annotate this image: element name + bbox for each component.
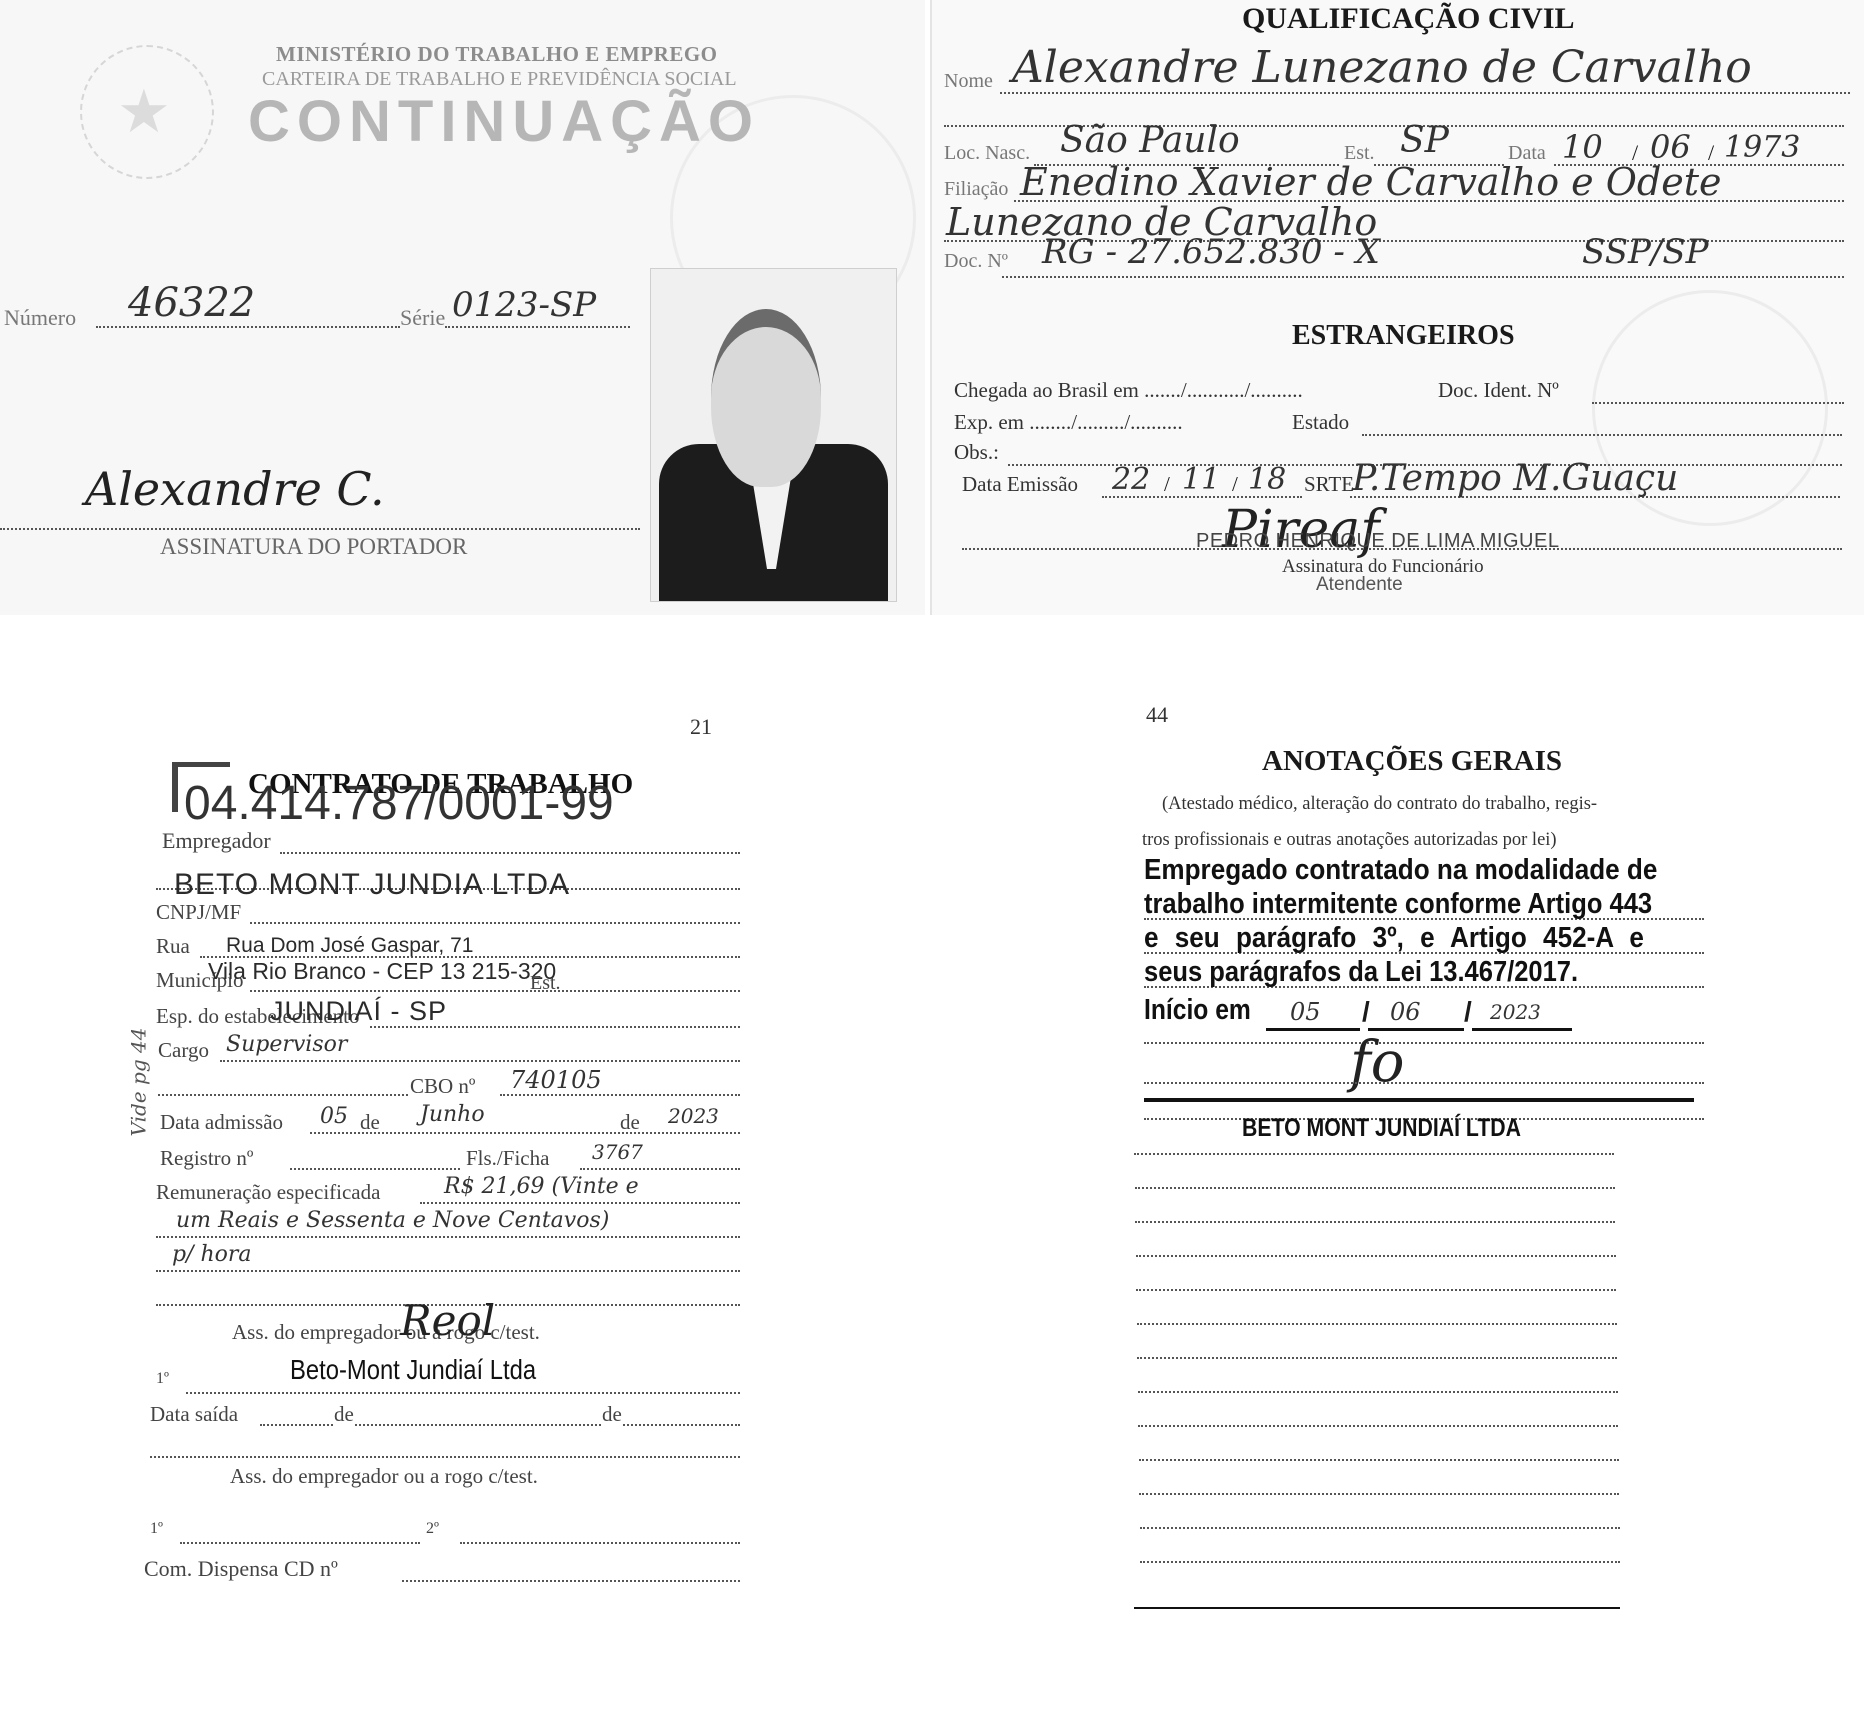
continuation-stamp: CONTINUAÇÃO bbox=[248, 88, 760, 155]
company-signature: fo bbox=[1350, 1030, 1404, 1095]
doc-value: RG - 27.652.830 - X bbox=[1042, 232, 1380, 272]
company-stamp: BETO MONT JUNDIAÍ LTDA bbox=[1242, 1114, 1521, 1143]
dispensa-line bbox=[402, 1580, 740, 1582]
page-number: 21 bbox=[690, 714, 712, 740]
srte-value: P.Tempo M.Guaçu bbox=[1352, 458, 1678, 499]
annotation-line bbox=[1138, 1425, 1618, 1427]
admissao-year: 2023 bbox=[668, 1104, 719, 1128]
birth-year: 1973 bbox=[1724, 130, 1800, 165]
first-witness-line bbox=[186, 1392, 740, 1394]
date-separator: / bbox=[1164, 472, 1170, 497]
inicio-day: 05 bbox=[1290, 998, 1321, 1026]
annotation-line bbox=[1144, 1042, 1704, 1044]
srte-label: SRTE bbox=[1304, 472, 1354, 497]
emissao-day: 22 bbox=[1112, 462, 1150, 497]
saida-line-2 bbox=[150, 1456, 740, 1458]
annotation-line bbox=[1139, 1493, 1619, 1495]
date-separator: / bbox=[1362, 996, 1370, 1028]
saida-de-2: de bbox=[602, 1402, 622, 1427]
emissao-label: Data Emissão bbox=[962, 472, 1078, 497]
ass-label-2: Ass. do empregador ou a rogo c/test. bbox=[230, 1464, 538, 1489]
date-separator: / bbox=[1232, 472, 1238, 497]
holder-signature: Alexandre C. bbox=[85, 462, 385, 516]
numero-label: Número bbox=[4, 305, 76, 331]
empregador-value: BETO MONT JUNDIA LTDA bbox=[174, 868, 570, 902]
note-line-4: seus parágrafos da Lei 13.467/2017. bbox=[1144, 956, 1578, 989]
signature-caption: ASSINATURA DO PORTADOR bbox=[160, 534, 467, 560]
stamp-bracket bbox=[172, 762, 178, 812]
numero-value: 46322 bbox=[128, 280, 255, 326]
annotation-line bbox=[1136, 1289, 1616, 1291]
emissao-year: 18 bbox=[1248, 462, 1286, 497]
ministry-title: MINISTÉRIO DO TRABALHO E EMPREGO bbox=[276, 42, 718, 67]
loc-nasc-label: Loc. Nasc. bbox=[944, 142, 1030, 165]
estado-label: Estado bbox=[1292, 410, 1349, 435]
saida-de-1: de bbox=[334, 1402, 354, 1427]
ctps-cover-continuation-page: ★ MINISTÉRIO DO TRABALHO E EMPREGO CARTE… bbox=[0, 0, 925, 615]
annotation-line bbox=[1135, 1221, 1615, 1223]
doc-line bbox=[1002, 276, 1844, 278]
cargo-line bbox=[220, 1060, 740, 1062]
remuneracao-line-3 bbox=[156, 1270, 740, 1272]
first-witness-label: 1º bbox=[156, 1370, 169, 1388]
filiacao-line-1-value: Enedino Xavier de Carvalho e Odete bbox=[1020, 160, 1721, 204]
photo-head bbox=[711, 309, 821, 487]
date-separator: / bbox=[1464, 996, 1472, 1028]
national-coat-of-arms-icon: ★ bbox=[80, 45, 214, 179]
exp-label: Exp. em ......../........./.......... bbox=[954, 410, 1183, 435]
municipio-line bbox=[250, 990, 740, 992]
municipio-value: Vila Rio Branco - CEP 13 215-320 bbox=[208, 958, 556, 985]
rua-value: Rua Dom José Gaspar, 71 bbox=[226, 934, 473, 958]
numero-line bbox=[96, 326, 400, 328]
registro-line bbox=[290, 1168, 460, 1170]
cnpj-stamp: 04.414.787/0001-99 bbox=[184, 776, 614, 831]
cbo-pre-line bbox=[158, 1094, 408, 1096]
esp-value: JUNDIAÍ - SP bbox=[270, 996, 447, 1027]
subtitle-line-2: tros profissionais e outras anotações au… bbox=[1142, 830, 1557, 851]
nome-label: Nome bbox=[944, 70, 993, 93]
annotation-line bbox=[1135, 1187, 1615, 1189]
first-witness-line-2 bbox=[180, 1542, 420, 1544]
remuneracao-label: Remuneração especificada bbox=[156, 1180, 380, 1205]
employer-stamp: Beto-Mont Jundiaí Ltda bbox=[290, 1354, 536, 1386]
registro-label: Registro nº bbox=[160, 1146, 253, 1171]
cbo-label: CBO nº bbox=[410, 1074, 475, 1099]
remuneracao-line-3-value: p/ hora bbox=[172, 1242, 252, 1267]
page-number: 44 bbox=[1146, 702, 1168, 728]
serie-value: 0123-SP bbox=[452, 285, 596, 325]
inicio-year: 2023 bbox=[1490, 1000, 1541, 1024]
annotation-line bbox=[1134, 1153, 1614, 1155]
doc-label: Doc. Nº bbox=[944, 250, 1008, 273]
ficha-label: Fls./Ficha bbox=[466, 1146, 549, 1171]
cbo-line bbox=[500, 1094, 740, 1096]
empregador-label: Empregador bbox=[162, 828, 271, 854]
admissao-day: 05 bbox=[320, 1104, 348, 1129]
obs-label: Obs.: bbox=[954, 440, 999, 465]
remuneracao-line-2 bbox=[156, 1236, 740, 1238]
qualificacao-civil-page: QUALIFICAÇÃO CIVIL Nome Alexandre Luneza… bbox=[930, 0, 1864, 615]
remuneracao-line-1 bbox=[420, 1202, 740, 1204]
note-line-1: Empregado contratado na modalidade de bbox=[1144, 854, 1657, 887]
cnpj-label: CNPJ/MF bbox=[156, 900, 241, 925]
cargo-value: Supervisor bbox=[226, 1032, 347, 1057]
cargo-label: Cargo bbox=[158, 1038, 209, 1063]
stamp-bracket-top bbox=[172, 762, 230, 767]
serie-label: Série bbox=[400, 305, 445, 331]
ficha-value: 3767 bbox=[592, 1140, 643, 1164]
annotation-line bbox=[1140, 1561, 1620, 1563]
municipio-est-label: Est. bbox=[530, 972, 561, 995]
signature-rule bbox=[1144, 1098, 1694, 1102]
loc-nasc-value: São Paulo bbox=[1060, 120, 1240, 161]
note-line-2: trabalho intermitente conforme Artigo 44… bbox=[1144, 888, 1652, 921]
saida-line bbox=[260, 1424, 740, 1426]
cnpj-line bbox=[250, 922, 740, 924]
officer-role: Atendente bbox=[1316, 574, 1403, 596]
signature-line bbox=[0, 528, 640, 530]
serie-line bbox=[445, 326, 630, 328]
holder-photo bbox=[650, 268, 897, 602]
page-bottom-rule bbox=[1134, 1607, 1620, 1609]
remuneracao-line-2-value: um Reais e Sessenta e Nove Centavos) bbox=[176, 1208, 609, 1233]
annotation-line bbox=[1137, 1323, 1617, 1325]
margin-note: Vide pg 44 bbox=[126, 1028, 150, 1137]
saida-label: Data saída bbox=[150, 1402, 238, 1427]
anotacoes-gerais-page: 44 ANOTAÇÕES GERAIS (Atestado médico, al… bbox=[1120, 690, 1720, 1650]
admissao-de-2: de bbox=[620, 1110, 640, 1135]
admissao-month: Junho bbox=[420, 1102, 485, 1127]
estado-line bbox=[1362, 434, 1842, 436]
nome-value: Alexandre Lunezano de Carvalho bbox=[1012, 42, 1752, 93]
section-title: QUALIFICAÇÃO CIVIL bbox=[1242, 2, 1575, 36]
officer-stamp: PEDRO HENRIQUE DE LIMA MIGUEL bbox=[1196, 530, 1559, 553]
inicio-year-line bbox=[1472, 1028, 1572, 1031]
doc-ident-label: Doc. Ident. Nº bbox=[1438, 378, 1559, 403]
note-line-3: e seu parágrafo 3º, e Artigo 452-A e bbox=[1144, 922, 1644, 955]
inicio-label: Início em bbox=[1144, 994, 1251, 1027]
dispensa-label: Com. Dispensa CD nº bbox=[144, 1556, 338, 1582]
chegada-label: Chegada ao Brasil em ......./...........… bbox=[954, 378, 1303, 403]
admissao-label: Data admissão bbox=[160, 1110, 283, 1135]
second-witness-line bbox=[460, 1542, 740, 1544]
ficha-line bbox=[580, 1168, 740, 1170]
annotation-line bbox=[1136, 1255, 1616, 1257]
annotation-line bbox=[1139, 1459, 1619, 1461]
cbo-value: 740105 bbox=[510, 1066, 602, 1094]
doc-issuer: SSP/SP bbox=[1582, 232, 1709, 272]
est-value: SP bbox=[1400, 120, 1449, 161]
first-witness-label-2: 1º bbox=[150, 1520, 163, 1538]
emissao-month: 11 bbox=[1182, 462, 1220, 497]
admissao-de-1: de bbox=[360, 1110, 380, 1135]
inicio-day-line bbox=[1266, 1028, 1360, 1031]
inicio-month: 06 bbox=[1390, 998, 1421, 1026]
remuneracao-line-1-value: R$ 21,69 (Vinte e bbox=[444, 1174, 639, 1199]
second-witness-label: 2º bbox=[426, 1520, 439, 1538]
annotation-line bbox=[1144, 1082, 1704, 1084]
doc-ident-line bbox=[1592, 402, 1844, 404]
section-title: ANOTAÇÕES GERAIS bbox=[1262, 745, 1562, 778]
subtitle-line-1: (Atestado médico, alteração do contrato … bbox=[1162, 794, 1597, 815]
annotation-line bbox=[1138, 1391, 1618, 1393]
employer-signature: Reol bbox=[400, 1296, 495, 1345]
empregador-line bbox=[280, 852, 740, 854]
foreigners-title: ESTRANGEIROS bbox=[1292, 320, 1515, 352]
contrato-de-trabalho-page: 21 CONTRATO DE TRABALHO 04.414.787/0001-… bbox=[120, 690, 765, 1705]
filiacao-label: Filiação bbox=[944, 178, 1008, 201]
annotation-line bbox=[1137, 1357, 1617, 1359]
annotation-line bbox=[1140, 1527, 1620, 1529]
rua-label: Rua bbox=[156, 934, 190, 959]
